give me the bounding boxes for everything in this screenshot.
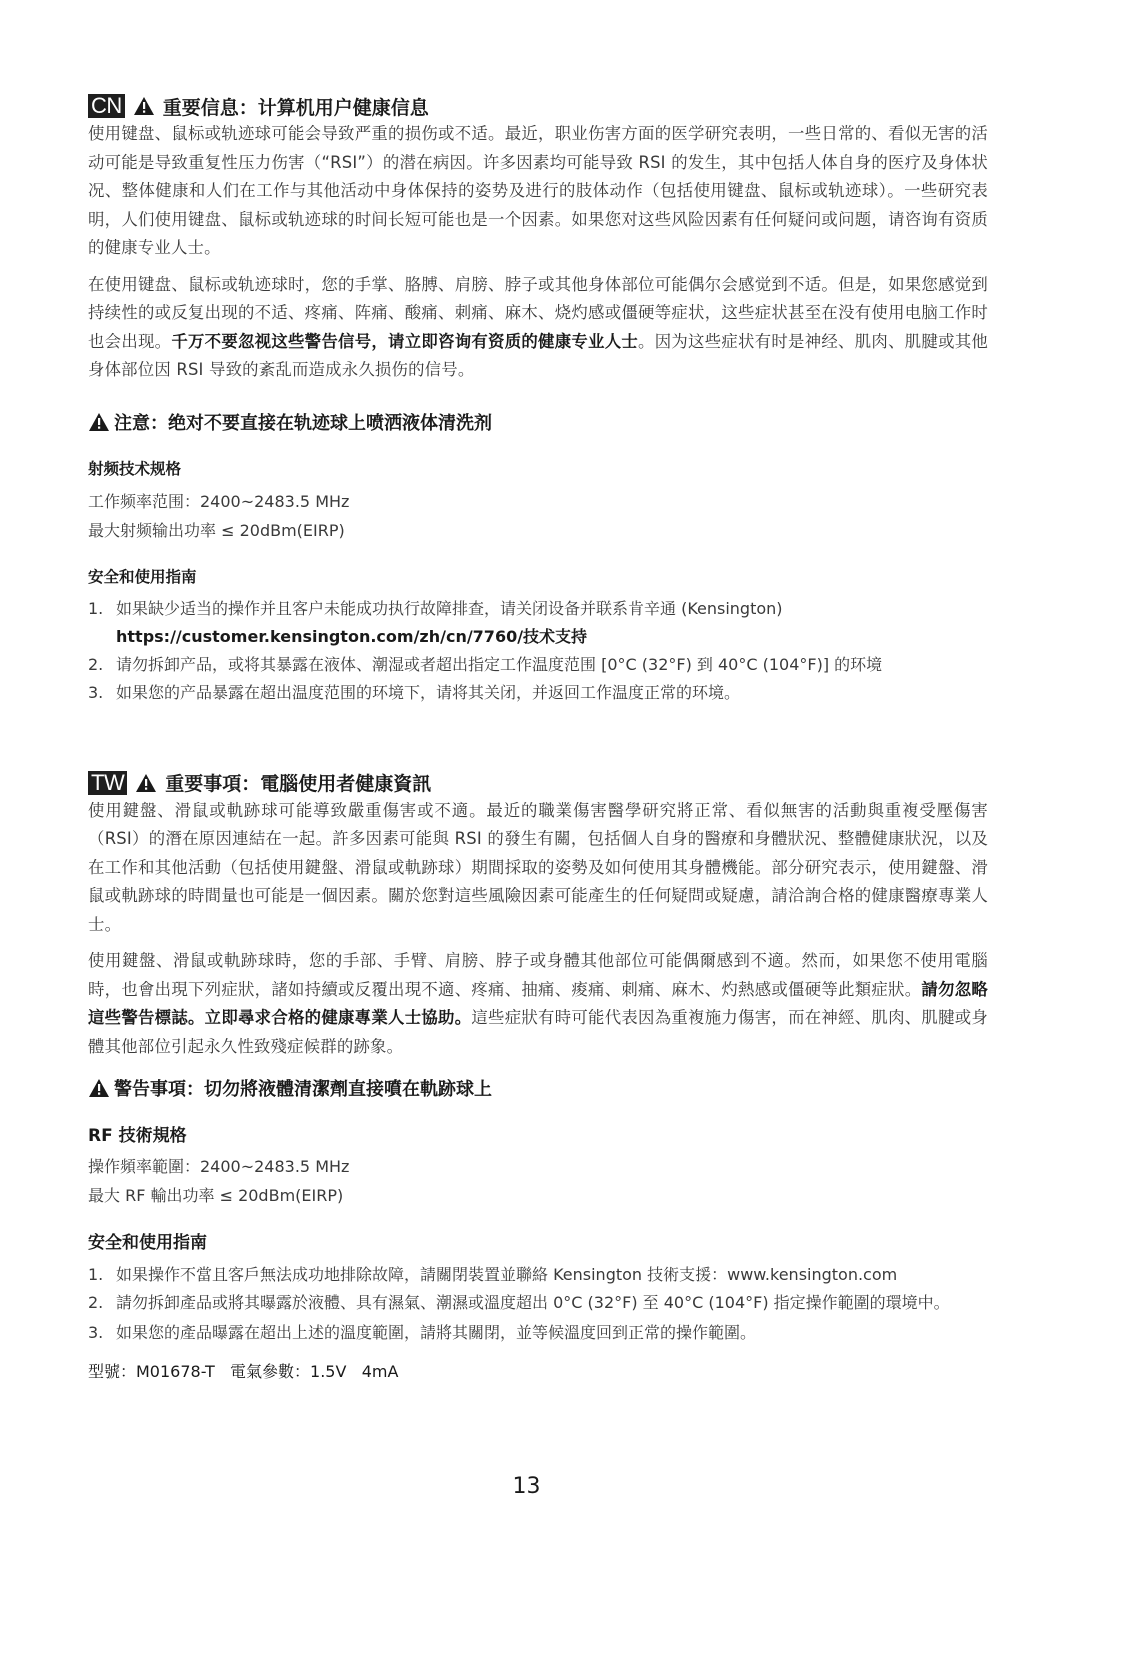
tw-safety-item-2-text: 請勿拆卸產品或將其曝露於液體、具有濕氣、潮濕或溫度超出 0°C (32°F) 至… (116, 1291, 950, 1315)
tw-section-title: 重要事項：電腦使用者健康資訊 (165, 769, 431, 796)
cn-language-badge: CN (88, 94, 125, 118)
tw-safety-item-3-text: 如果您的產品曝露在超出上述的溫度範圍，請將其關閉，並等候溫度回到正常的操作範圍。 (116, 1319, 756, 1347)
list-item: 1. 如果缺少适当的操作并且客户未能成功执行故障排查，请关闭设备并联系肯辛通 (… (88, 595, 988, 651)
cn-rf-specs: 工作频率范围：2400~2483.5 MHz 最大射频输出功率 ≤ 20dBm(… (88, 487, 988, 545)
list-item: 2. 請勿拆卸產品或將其曝露於液體、具有濕氣、潮濕或溫度超出 0°C (32°F… (88, 1291, 988, 1315)
tw-health-paragraph-1: 使用鍵盤、滑鼠或軌跡球可能導致嚴重傷害或不適。最近的職業傷害醫學研究將正常、看似… (88, 797, 988, 940)
tw-section-heading: TW 重要事項：電腦使用者健康資訊 (88, 769, 988, 797)
tw-safety-list: 1. 如果操作不當且客戶無法成功地排除故障，請關閉裝置並聯絡 Kensingto… (88, 1261, 988, 1347)
manual-page: CN 重要信息：计算机用户健康信息 使用键盘、鼠标或轨迹球可能会导致严重的损伤或… (88, 92, 988, 1382)
list-item: 3. 如果您的產品曝露在超出上述的溫度範圍，請將其關閉，並等候溫度回到正常的操作… (88, 1319, 988, 1347)
list-item: 3. 如果您的产品暴露在超出温度范围的环境下，请将其关闭，并返回工作温度正常的环… (88, 679, 988, 707)
cn-para2-bold-warning: 千万不要忽视这些警告信号，请立即咨询有资质的健康专业人士 (171, 332, 638, 351)
tw-safety-item-1-text: 如果操作不當且客戶無法成功地排除故障，請關閉裝置並聯絡 Kensington 技… (116, 1261, 897, 1289)
tw-rf-specs: 操作頻率範圍：2400~2483.5 MHz 最大 RF 輸出功率 ≤ 20dB… (88, 1152, 988, 1210)
cn-caution-heading: 注意：绝对不要直接在轨迹球上喷洒液体清洗剂 (88, 409, 988, 435)
cn-section-title: 重要信息：计算机用户健康信息 (163, 93, 429, 120)
list-item: 1. 如果操作不當且客戶無法成功地排除故障，請關閉裝置並聯絡 Kensingto… (88, 1261, 988, 1289)
tw-rf-spec-title: RF 技術規格 (88, 1121, 988, 1146)
tw-caution-text: 警告事項：切勿將液體清潔劑直接噴在軌跡球上 (114, 1075, 492, 1101)
cn-safety-title: 安全和使用指南 (88, 565, 988, 587)
warning-triangle-icon (133, 96, 155, 116)
cn-health-paragraph-2: 在使用键盘、鼠标或轨迹球时，您的手掌、胳膊、肩膀、脖子或其他身体部位可能偶尔会感… (88, 271, 988, 385)
tw-caution-heading: 警告事項：切勿將液體清潔劑直接噴在軌跡球上 (88, 1075, 988, 1101)
tw-rf-power: 最大 RF 輸出功率 ≤ 20dBm(EIRP) (88, 1181, 988, 1210)
list-item: 2. 请勿拆卸产品，或将其暴露在液体、潮湿或者超出指定工作温度范围 [0°C (… (88, 651, 988, 679)
tw-rf-frequency: 操作頻率範圍：2400~2483.5 MHz (88, 1152, 988, 1181)
tw-health-paragraph-2: 使用鍵盤、滑鼠或軌跡球時，您的手部、手臂、肩膀、脖子或身體其他部位可能偶爾感到不… (88, 947, 988, 1061)
cn-rf-frequency: 工作频率范围：2400~2483.5 MHz (88, 487, 988, 516)
tw-language-badge: TW (88, 771, 127, 795)
cn-safety-list: 1. 如果缺少适当的操作并且客户未能成功执行故障排查，请关闭设备并联系肯辛通 (… (88, 595, 988, 707)
cn-health-paragraph-1: 使用键盘、鼠标或轨迹球可能会导致严重的损伤或不适。最近，职业伤害方面的医学研究表… (88, 120, 988, 263)
tw-model-electrical-params: 型號：M01678-T 電氣參數：1.5V 4mA (88, 1359, 988, 1382)
cn-rf-power: 最大射频输出功率 ≤ 20dBm(EIRP) (88, 516, 988, 545)
warning-triangle-icon (135, 773, 157, 793)
cn-safety-item-3-text: 如果您的产品暴露在超出温度范围的环境下，请将其关闭，并返回工作温度正常的环境。 (116, 679, 740, 707)
tw-para2-text-a: 使用鍵盤、滑鼠或軌跡球時，您的手部、手臂、肩膀、脖子或身體其他部位可能偶爾感到不… (88, 951, 988, 999)
warning-triangle-icon (88, 412, 110, 432)
tw-safety-title: 安全和使用指南 (88, 1228, 988, 1253)
warning-triangle-icon (88, 1078, 110, 1098)
cn-safety-item-1-text: 如果缺少适当的操作并且客户未能成功执行故障排查，请关闭设备并联系肯辛通 (Ken… (116, 599, 783, 618)
cn-section-heading: CN 重要信息：计算机用户健康信息 (88, 92, 988, 120)
cn-support-link[interactable]: https://customer.kensington.com/zh/cn/77… (116, 623, 783, 651)
cn-safety-item-2-text: 请勿拆卸产品，或将其暴露在液体、潮湿或者超出指定工作温度范围 [0°C (32°… (116, 651, 882, 679)
cn-rf-spec-title: 射频技术规格 (88, 457, 988, 479)
page-number: 13 (0, 1474, 1053, 1499)
cn-caution-text: 注意：绝对不要直接在轨迹球上喷洒液体清洗剂 (114, 409, 492, 435)
